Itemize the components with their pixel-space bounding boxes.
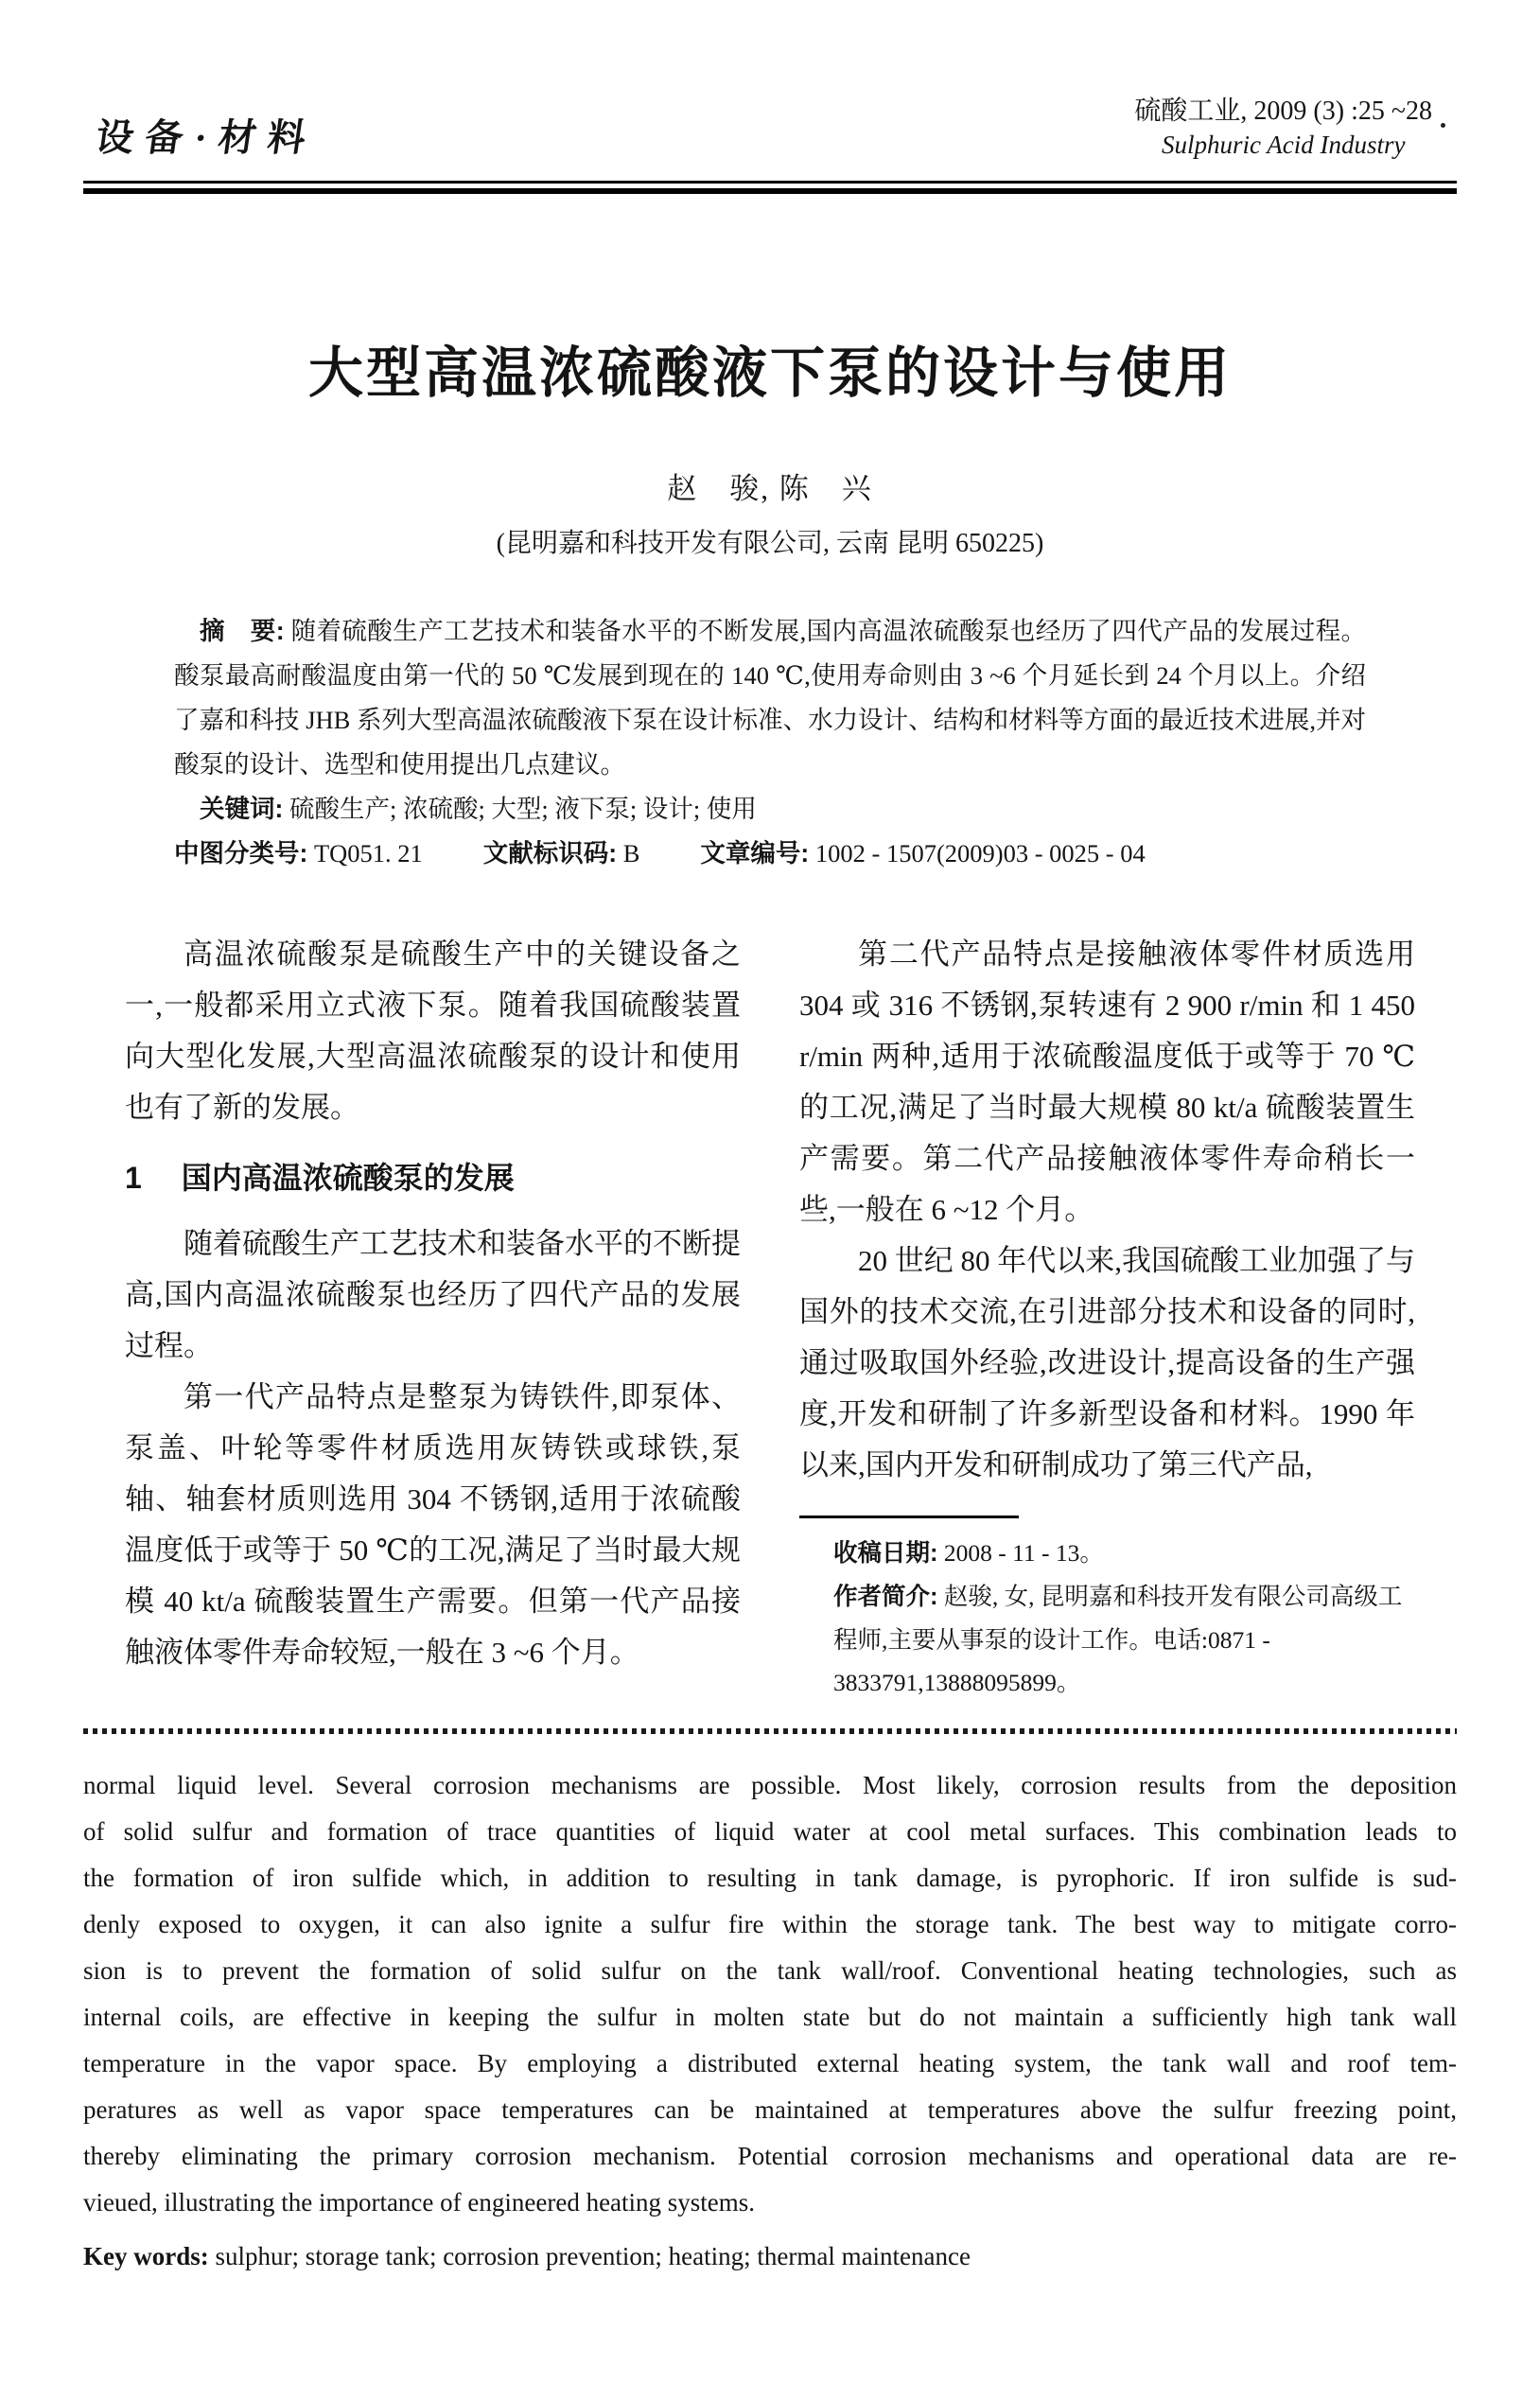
doc-code-pair: 文献标识码: B — [483, 832, 640, 876]
meta-line: 中图分类号: TQ051. 21 文献标识码: B 文章编号: 1002 - 1… — [174, 832, 1366, 876]
article-id-value: 1002 - 1507(2009)03 - 0025 - 04 — [815, 839, 1146, 867]
english-line: temperature in the vapor space. By emplo… — [83, 2041, 1457, 2087]
section-1-number: 1 — [125, 1152, 142, 1203]
english-line: sion is to prevent the formation of soli… — [83, 1948, 1457, 1994]
english-line: normal liquid level. Several corrosion m… — [83, 1762, 1457, 1809]
right-paragraph-1: 第二代产品特点是接触液体零件材质选用 304 或 316 不锈钢,泵转速有 2 … — [799, 929, 1415, 1235]
journal-name-english: Sulphuric Acid Industry — [1134, 129, 1432, 162]
header-double-rule — [83, 181, 1457, 194]
english-abstract: normal liquid level. Several corrosion m… — [83, 1762, 1457, 2280]
author-bio-line: 作者简介: 赵骏, 女, 昆明嘉和科技开发有限公司高级工程师,主要从事泵的设计工… — [833, 1575, 1415, 1704]
left-column: 高温浓硫酸泵是硫酸生产中的关键设备之一,一般都采用立式液下泵。随着我国硫酸装置向… — [125, 929, 741, 1704]
clc-label: 中图分类号: — [174, 839, 307, 867]
keywords-label: 关键词: — [200, 795, 283, 823]
english-line: of solid sulfur and formation of trace q… — [83, 1809, 1457, 1855]
english-line: thereby eliminating the primary corrosio… — [83, 2133, 1457, 2180]
abstract-paragraph: 摘 要: 随着硫酸生产工艺技术和装备水平的不断发展,国内高温浓硫酸泵也经历了四代… — [174, 609, 1366, 787]
article-id-label: 文章编号: — [700, 839, 809, 867]
keywords-text: 硫酸生产; 浓硫酸; 大型; 液下泵; 设计; 使用 — [289, 795, 757, 823]
abstract-label: 摘 要: — [200, 617, 285, 645]
doc-code-value: B — [623, 839, 640, 867]
journal-info: 硫酸工业, 2009 (3) :25 ~28 Sulphuric Acid In… — [1134, 95, 1447, 162]
left-paragraph-1: 随着硫酸生产工艺技术和装备水平的不断提高,国内高温浓硫酸泵也经历了四代产品的发展… — [125, 1218, 741, 1372]
author-bio-label: 作者简介: — [833, 1584, 938, 1610]
abstract-text: 随着硫酸生产工艺技术和装备水平的不断发展,国内高温浓硫酸泵也经历了四代产品的发展… — [174, 617, 1366, 779]
english-line: internal coils, are effective in keeping… — [83, 1994, 1457, 2041]
section-1-heading: 1 国内高温浓硫酸泵的发展 — [125, 1152, 741, 1203]
journal-page: 设备·材料 硫酸工业, 2009 (3) :25 ~28 Sulphuric A… — [0, 0, 1540, 2383]
english-keywords-line: Key words: sulphur; storage tank; corros… — [83, 2234, 1457, 2280]
body-columns: 高温浓硫酸泵是硫酸生产中的关键设备之一,一般都采用立式液下泵。随着我国硫酸装置向… — [83, 929, 1457, 1704]
english-line: peratures as well as vapor space tempera… — [83, 2087, 1457, 2133]
doc-code-label: 文献标识码: — [483, 839, 617, 867]
authors: 赵 骏, 陈 兴 — [83, 464, 1457, 507]
clc-value: TQ051. 21 — [314, 839, 423, 867]
received-date-line: 收稿日期: 2008 - 11 - 13。 — [833, 1532, 1415, 1575]
journal-citation: 硫酸工业, 2009 (3) :25 ~28 — [1134, 95, 1432, 129]
article-title: 大型高温浓硫酸液下泵的设计与使用 — [83, 328, 1457, 408]
english-keywords-label: Key words: — [83, 2242, 209, 2270]
intro-paragraph: 高温浓硫酸泵是硫酸生产中的关键设备之一,一般都采用立式液下泵。随着我国硫酸装置向… — [125, 929, 741, 1133]
page-header: 设备·材料 硫酸工业, 2009 (3) :25 ~28 Sulphuric A… — [83, 95, 1457, 162]
dotted-separator — [83, 1728, 1457, 1734]
right-paragraph-2: 20 世纪 80 年代以来,我国硫酸工业加强了与国外的技术交流,在引进部分技术和… — [799, 1235, 1415, 1491]
scan-artifact-dot — [1441, 123, 1445, 128]
received-date-label: 收稿日期: — [833, 1540, 938, 1567]
article-id-pair: 文章编号: 1002 - 1507(2009)03 - 0025 - 04 — [700, 832, 1145, 876]
footnote-rule — [799, 1516, 1019, 1518]
english-line: the formation of iron sulfide which, in … — [83, 1855, 1457, 1901]
english-line: vieued, illustrating the importance of e… — [83, 2180, 1457, 2226]
left-paragraph-2: 第一代产品特点是整泵为铸铁件,即泵体、泵盖、叶轮等零件材质选用灰铸铁或球铁,泵轴… — [125, 1372, 741, 1678]
received-date-value: 2008 - 11 - 13。 — [944, 1539, 1104, 1567]
english-keywords-text: sulphur; storage tank; corrosion prevent… — [209, 2242, 971, 2270]
section-1-title: 国内高温浓硫酸泵的发展 — [182, 1152, 515, 1203]
keywords-line: 关键词: 硫酸生产; 浓硫酸; 大型; 液下泵; 设计; 使用 — [174, 787, 1366, 832]
abstract-block: 摘 要: 随着硫酸生产工艺技术和装备水平的不断发展,国内高温浓硫酸泵也经历了四代… — [174, 609, 1366, 876]
clc-pair: 中图分类号: TQ051. 21 — [174, 832, 423, 876]
section-label: 设备·材料 — [93, 108, 321, 162]
right-column: 第二代产品特点是接触液体零件材质选用 304 或 316 不锈钢,泵转速有 2 … — [799, 929, 1415, 1704]
english-line: denly exposed to oxygen, it can also ign… — [83, 1901, 1457, 1948]
footnote-block: 收稿日期: 2008 - 11 - 13。 作者简介: 赵骏, 女, 昆明嘉和科… — [799, 1516, 1415, 1704]
affiliation: (昆明嘉和科技开发有限公司, 云南 昆明 650225) — [83, 522, 1457, 560]
